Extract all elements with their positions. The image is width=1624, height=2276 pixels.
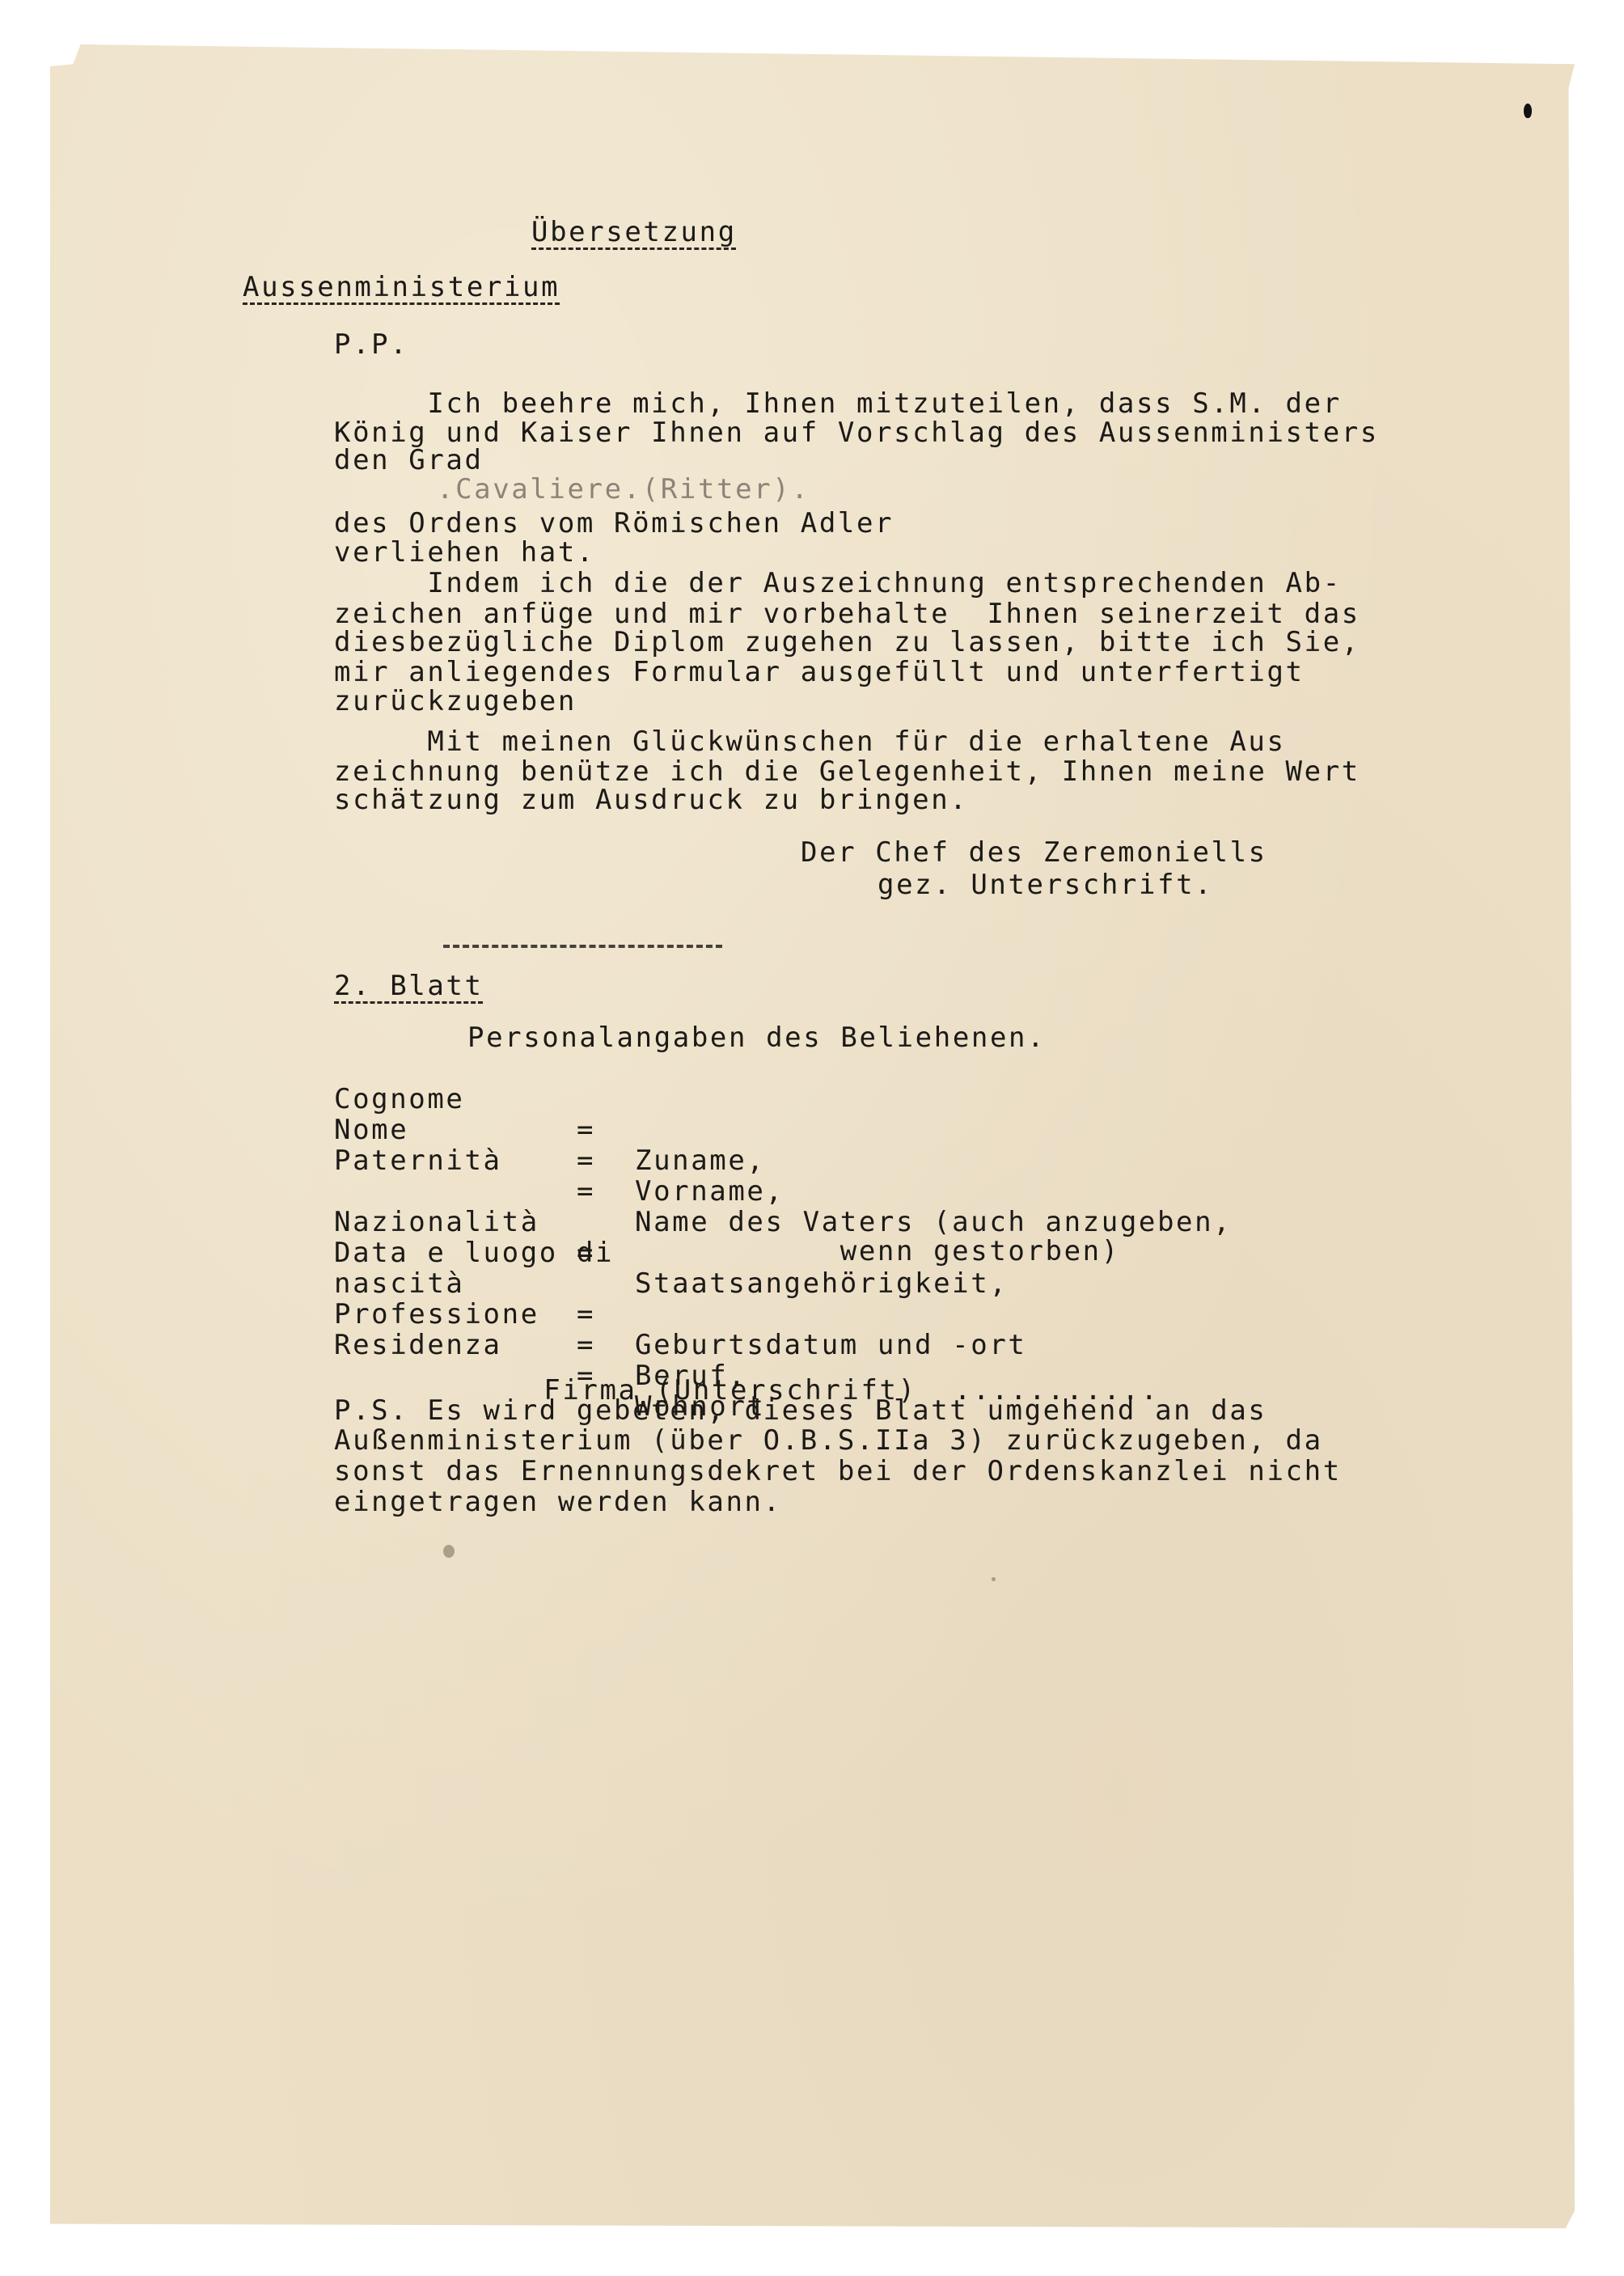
signature: gez. Unterschrift. — [878, 869, 1213, 900]
letter-line: verliehen hat. — [334, 537, 595, 568]
paper-speck — [443, 1545, 455, 1558]
postscript-line: sonst das Ernennungsdekret bei der Orden… — [334, 1456, 1342, 1487]
letter-line: den Grad — [334, 445, 484, 476]
letter-line: zeichen anfüge und mir vorbehalte Ihnen … — [334, 599, 1360, 629]
letter-line: König und Kaiser Ihnen auf Vorschlag des… — [334, 417, 1379, 448]
section-divider — [443, 945, 722, 948]
sheet-two-subtitle: Personalangaben des Beliehenen. — [467, 1022, 1046, 1053]
german-field: Name des Vaters (auch anzugeben, — [635, 1207, 1232, 1237]
equals-sign: = — [577, 1299, 595, 1330]
document-heading: Übersetzung — [531, 217, 737, 247]
equals-sign: = — [577, 1115, 595, 1145]
letter-line: des Ordens vom Römischen Adler — [334, 508, 894, 539]
equals-sign: = — [577, 1145, 595, 1176]
order-grade: .Cavaliere.(Ritter). — [437, 474, 810, 505]
personal-data-table: Cognome = Zuname, Nome = Vorname, Patern… — [334, 1053, 1385, 1360]
paper-speck — [992, 1577, 996, 1581]
postscript-line: Außenministerium (über O.B.S.IIa 3) zurü… — [334, 1425, 1323, 1456]
equals-sign: = — [577, 1176, 595, 1207]
letter-line: Ich beehre mich, Ihnen mitzuteilen, dass… — [334, 388, 1342, 419]
postscript-line: P.S. Es wird gebeten, dieses Blatt umgeh… — [334, 1395, 1267, 1426]
letter-line: diesbezügliche Diplom zugehen zu lassen,… — [334, 627, 1360, 658]
letter-line: Mit meinen Glückwünschen für die erhalte… — [334, 726, 1286, 757]
salutation: P.P. — [334, 329, 408, 360]
signature-title: Der Chef des Zeremoniells — [801, 837, 1267, 868]
german-field: Staatsangehörigkeit, — [635, 1268, 1008, 1299]
letter-line: Indem ich die der Auszeichnung entsprech… — [334, 568, 1342, 599]
letter-line: schätzung zum Ausdruck zu bringen. — [334, 785, 968, 815]
letter-line: zurückzugeben — [334, 686, 577, 717]
letter-line: zeichnung benütze ich die Gelegenheit, I… — [334, 756, 1360, 787]
postscript-line: eingetragen werden kann. — [334, 1487, 782, 1517]
ink-mark — [1524, 104, 1532, 118]
sender-name: Aussenministerium — [243, 272, 560, 302]
sheet-two-title: 2. Blatt — [334, 971, 484, 1001]
german-field: wenn gestorben) — [635, 1236, 1120, 1267]
letter-line: mir anliegendes Formular ausgefüllt und … — [334, 657, 1305, 687]
german-field: Vorname, — [635, 1176, 785, 1207]
german-field: Zuname, — [635, 1145, 766, 1176]
